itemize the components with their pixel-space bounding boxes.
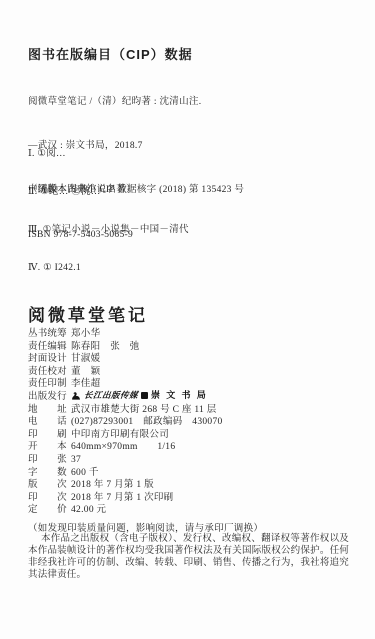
quality-note: （如发现印装质量问题，影响阅读，请与承印厂调换） [28,520,263,534]
credit-label: 定 价 [28,504,71,517]
copyright-page: 图书在版编目（CIP）数据 阅微草堂笔记 /（清）纪昀著 : 沈清山注. —武汉… [0,0,375,639]
credit-value: 640mm×970mm 1/16 [71,442,175,452]
swan-icon [71,391,81,400]
publisher-logo: 长江出版传媒崇 文 书 局 [71,389,208,402]
credit-row: 丛书统筹郑小华 [28,328,223,341]
publisher-imprint-name: 崇 文 书 局 [151,389,208,402]
credit-value: 董 颖 [71,367,100,377]
credit-label: 开 本 [28,441,71,454]
credit-label: 责任校对 [28,366,71,379]
credit-label: 出版发行 [28,391,71,404]
classification-list: Ⅰ. ①阅… Ⅱ. ①纪… ②沈… Ⅲ. ①笔记小说－小说集－中国－清代 Ⅳ. … [28,123,189,299]
cip-record-number: 中国版本图书馆 CIP 数据核字 (2018) 第 135423 号 [28,181,244,195]
credit-label: 印 次 [28,492,71,505]
credit-row: 电 话(027)87293001 邮政编码 430070 [28,416,223,429]
credit-label: 印 刷 [28,429,71,442]
credit-row: 版 次2018 年 7 月第 1 版 [28,479,223,492]
credit-row: 印 次2018 年 7 月第 1 次印刷 [28,492,223,505]
classification-item: Ⅲ. ①笔记小说－小说集－中国－清代 [28,224,189,237]
credit-row: 定 价42.00 元 [28,504,223,517]
credit-value: 600 千 [71,468,99,478]
credit-label: 封面设计 [28,353,71,366]
credit-value: 陈春阳 张 弛 [71,342,140,352]
credit-value: 37 [71,455,81,465]
credit-value: 42.00 元 [71,505,106,515]
publisher-group-name: 长江出版传媒 [83,389,138,402]
credit-value: 武汉市雄楚大街 268 号 C 座 11 层 [71,405,217,415]
copyright-notice: 本作品之出版权（含电子版权）、发行权、改编权、翻译权等著作权以及本作品装帧设计的… [28,533,349,581]
credit-row: 责任校对董 颖 [28,366,223,379]
credit-value: 郑小华 [71,329,100,339]
publisher-seal-icon [141,392,148,399]
credit-label: 电 话 [28,416,71,429]
credit-value: 中印南方印刷有限公司 [71,430,169,440]
credit-row: 开 本640mm×970mm 1/16 [28,441,223,454]
cip-title-line: 阅微草堂笔记 /（清）纪昀著 : 沈清山注. [28,95,201,110]
classification-item: Ⅰ. ①阅… [28,148,189,161]
credit-row: 字 数600 千 [28,467,223,480]
credit-label: 丛书统筹 [28,328,71,341]
credit-label: 责任编辑 [28,341,71,354]
credit-label: 印 张 [28,454,71,467]
cip-header: 图书在版编目（CIP）数据 [28,44,193,63]
classification-item: Ⅳ. ① I242.1 [28,262,189,275]
credit-value: 2018 年 7 月第 1 次印刷 [71,493,173,503]
credit-value: 2018 年 7 月第 1 版 [71,480,154,490]
credit-label: 责任印制 [28,378,71,391]
credit-row: 封面设计甘淑媛 [28,353,223,366]
credit-value: (027)87293001 邮政编码 430070 [71,417,223,427]
book-title: 阅微草堂笔记 [28,301,148,326]
credit-value: 甘淑媛 [71,354,100,364]
credit-row: 责任编辑陈春阳 张 弛 [28,341,223,354]
credit-value: 李佳超 [71,379,100,389]
credit-label: 字 数 [28,467,71,480]
publication-info: 丛书统筹郑小华 责任编辑陈春阳 张 弛 封面设计甘淑媛 责任校对董 颖 责任印制… [28,328,223,517]
credit-row: 印 张37 [28,454,223,467]
credit-label: 地 址 [28,404,71,417]
credit-row-publisher: 出版发行长江出版传媒崇 文 书 局 [28,391,223,404]
credit-row: 地 址武汉市雄楚大街 268 号 C 座 11 层 [28,404,223,417]
credit-label: 版 次 [28,479,71,492]
credit-row: 印 刷中印南方印刷有限公司 [28,429,223,442]
